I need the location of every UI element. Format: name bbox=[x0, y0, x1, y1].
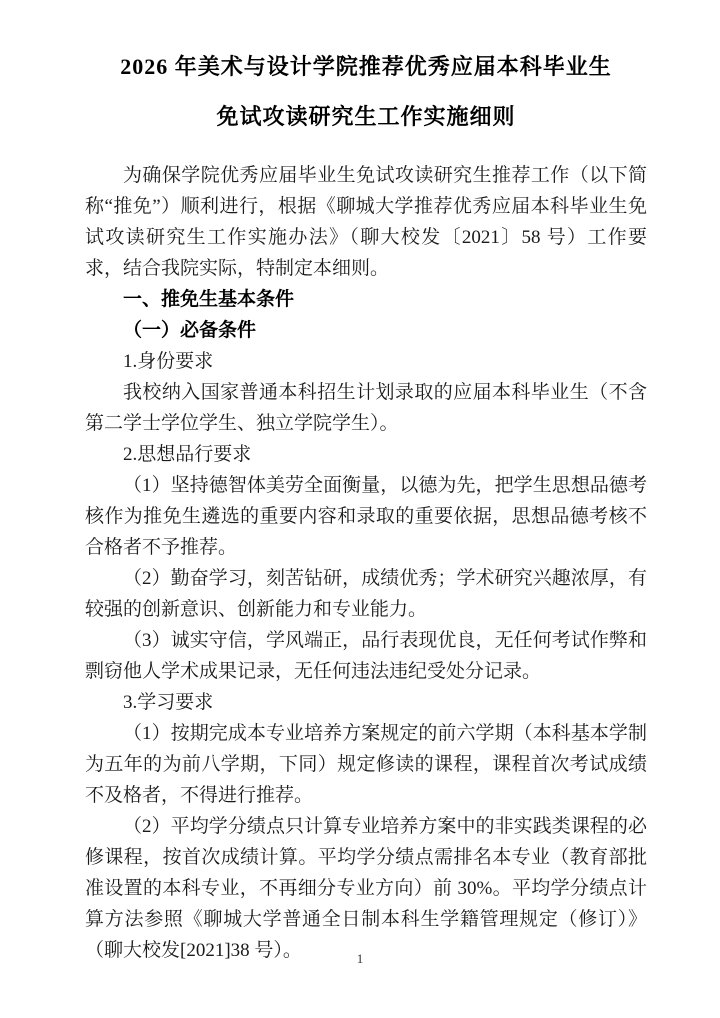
document-title: 2026 年美术与设计学院推荐优秀应届本科毕业生 免试攻读研究生工作实施细则 bbox=[85, 42, 647, 142]
paragraph-moral-requirement-2: （2）勤奋学习，刻苦钻研，成绩优秀；学术研究兴趣浓厚，有较强的创新意识、创新能力… bbox=[85, 563, 647, 625]
paragraph-moral-requirement-1: （1）坚持德智体美劳全面衡量，以德为先，把学生思想品德考核作为推免生遴选的重要内… bbox=[85, 470, 647, 563]
item-moral-requirement-label: 2.思想品行要求 bbox=[85, 439, 647, 470]
item-identity-requirement-label: 1.身份要求 bbox=[85, 346, 647, 377]
title-line-1: 2026 年美术与设计学院推荐优秀应届本科毕业生 bbox=[85, 42, 647, 92]
title-line-2: 免试攻读研究生工作实施细则 bbox=[85, 92, 647, 142]
paragraph-identity-requirement: 我校纳入国家普通本科招生计划录取的应届本科毕业生（不含第二学士学位学生、独立学院… bbox=[85, 377, 647, 439]
document-page: 2026 年美术与设计学院推荐优秀应届本科毕业生 免试攻读研究生工作实施细则 为… bbox=[0, 0, 720, 1018]
paragraph-moral-requirement-3: （3）诚实守信，学风端正，品行表现优良，无任何考试作弊和剽窃他人学术成果记录，无… bbox=[85, 625, 647, 687]
page-number: 1 bbox=[0, 952, 720, 966]
item-study-requirement-label: 3.学习要求 bbox=[85, 687, 647, 718]
paragraph-study-requirement-2: （2）平均学分绩点只计算专业培养方案中的非实践类课程的必修课程，按首次成绩计算。… bbox=[85, 811, 647, 966]
paragraph-study-requirement-1: （1）按期完成本专业培养方案规定的前六学期（本科基本学制为五年的为前八学期，下同… bbox=[85, 718, 647, 811]
paragraph-intro: 为确保学院优秀应届毕业生免试攻读研究生推荐工作（以下简称“推免”）顺利进行，根据… bbox=[85, 160, 647, 284]
document-body: 为确保学院优秀应届毕业生免试攻读研究生推荐工作（以下简称“推免”）顺利进行，根据… bbox=[85, 160, 647, 966]
subsection-heading-required-conditions: （一）必备条件 bbox=[85, 315, 647, 346]
section-heading-basic-conditions: 一、推免生基本条件 bbox=[85, 284, 647, 315]
